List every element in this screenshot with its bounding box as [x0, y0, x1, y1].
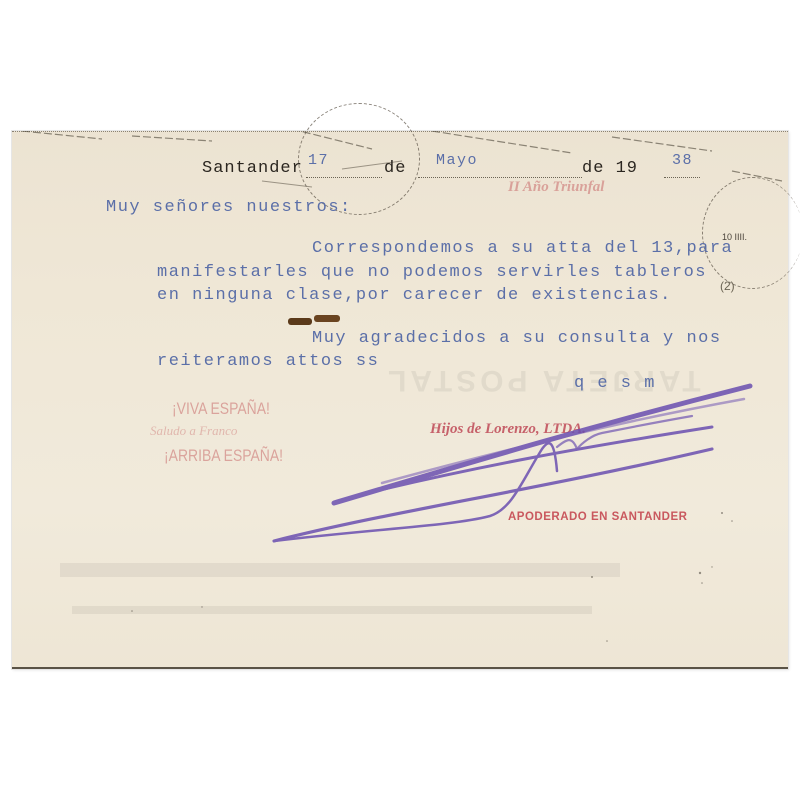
- postcard: TARJETA POSTAL 10 IIII. (2) Santander 17…: [12, 131, 788, 669]
- paper-speckles: [12, 131, 788, 667]
